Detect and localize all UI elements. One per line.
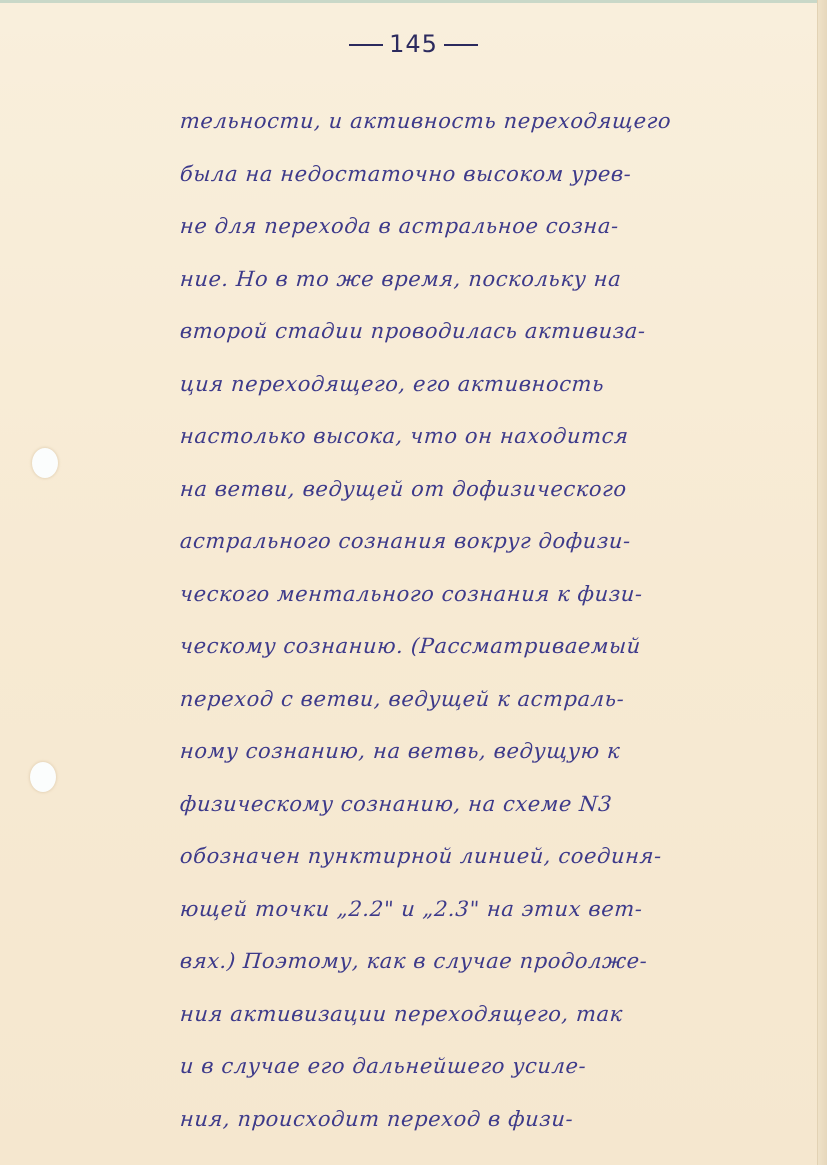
text-line: ние. Но в то же время, поскольку на: [178, 253, 812, 306]
text-line: переход с ветви, ведущей к астраль-: [178, 673, 812, 726]
page-number-dash-left: [349, 44, 383, 46]
text-line: и в случае его дальнейшего усиле-: [178, 1040, 812, 1093]
text-line: ющей точки „2.2" и „2.3" на этих вет-: [178, 883, 812, 936]
text-line: на ветви, ведущей от дофизического: [178, 463, 812, 516]
handwritten-text-body: тельности, и активность переходящего был…: [180, 95, 810, 1145]
scan-top-edge: [0, 0, 827, 3]
text-line: ному сознанию, на ветвь, ведущую к: [178, 725, 812, 778]
scan-right-edge: [817, 0, 827, 1165]
text-line: второй стадии проводилась активиза-: [178, 305, 812, 358]
text-line: не для перехода в астральное созна-: [178, 200, 812, 253]
page-number-dash-right: [444, 44, 478, 46]
text-line: была на недостаточно высоком урев-: [178, 148, 812, 201]
text-line: настолько высока, что он находится: [178, 410, 812, 463]
punch-hole-icon: [30, 762, 56, 792]
text-line: астрального сознания вокруг дофизи-: [178, 515, 812, 568]
text-line: вях.) Поэтому, как в случае продолже-: [178, 935, 812, 988]
punch-hole-icon: [32, 448, 58, 478]
text-line: тельности, и активность переходящего: [178, 95, 812, 148]
text-line: физическому сознанию, на схеме N3: [178, 778, 812, 831]
page-number-value: 145: [389, 30, 438, 58]
text-line: обозначен пунктирной линией, соединя-: [178, 830, 812, 883]
text-line: ния активизации переходящего, так: [178, 988, 812, 1041]
text-line: ческого ментального сознания к физи-: [178, 568, 812, 621]
text-line: ния, происходит переход в физи-: [178, 1093, 812, 1146]
text-line: ция переходящего, его активность: [178, 358, 812, 411]
manuscript-page: 145 тельности, и активность переходящего…: [0, 0, 827, 1165]
page-number: 145: [0, 30, 827, 58]
text-line: ческому сознанию. (Рассматриваемый: [178, 620, 812, 673]
